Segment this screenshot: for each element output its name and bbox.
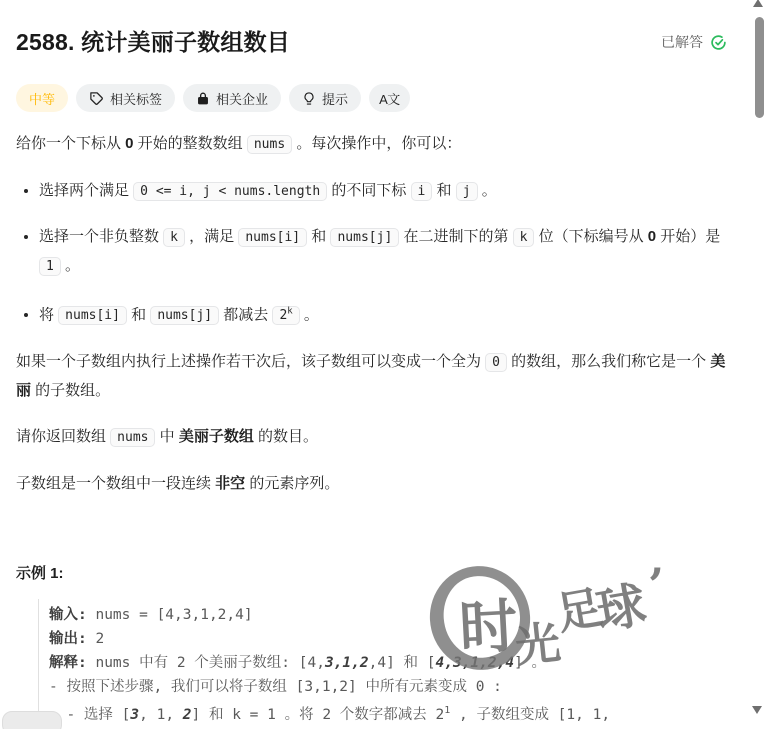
difficulty-badge[interactable]: 中等 — [16, 84, 68, 112]
lock-icon — [196, 91, 210, 106]
lightbulb-icon — [302, 91, 316, 106]
problem-header: 2588. 统计美丽子数组数目 已解答 — [16, 24, 739, 57]
problem-panel: 2588. 统计美丽子数组数目 已解答 中等 相关标签 — [0, 0, 765, 729]
horizontal-scrollbar-thumb[interactable] — [2, 711, 62, 729]
description-paragraph: 子数组是一个数组中一段连续 非空 的元素序列。 — [16, 470, 739, 498]
scrollbar-down-arrow[interactable] — [752, 706, 762, 714]
vertical-scrollbar-thumb[interactable] — [755, 17, 764, 118]
example-output-line: 输出: 2 — [49, 627, 739, 651]
check-circle-icon — [710, 34, 727, 51]
hint-button[interactable]: 提示 — [289, 84, 361, 112]
description-paragraph: 给你一个下标从 0 开始的整数数组 nums 。每次操作中，你可以： — [16, 130, 739, 159]
example-explanation-line: 解释: nums 中有 2 个美丽子数组: [4,3,1,2,4] 和 [4,3… — [49, 651, 739, 675]
related-topics-label: 相关标签 — [110, 89, 162, 108]
difficulty-label: 中等 — [29, 89, 55, 108]
description-paragraph: 请你返回数组 nums 中 美丽子数组 的数目。 — [16, 423, 739, 452]
hint-label: 提示 — [322, 89, 348, 108]
related-topics-button[interactable]: 相关标签 — [76, 84, 175, 112]
example-step-line: - 选择 [3, 1, 2] 和 k = 1 。将 2 个数字都减去 21 , … — [49, 699, 739, 727]
related-companies-label: 相关企业 — [216, 89, 268, 108]
description-paragraph: 如果一个子数组内执行上述操作若干次后，该子数组可以变成一个全为 0 的数组，那么… — [16, 348, 739, 405]
meta-pills-row: 中等 相关标签 相关企业 — [16, 84, 739, 112]
translate-icon: A文 — [379, 89, 400, 108]
list-item: 选择一个非负整数 k ，满足 nums[i] 和 nums[j] 在二进制下的第… — [39, 223, 739, 281]
list-item: 将 nums[i] 和 nums[j] 都减去 2k 。 — [39, 298, 739, 330]
related-companies-button[interactable]: 相关企业 — [183, 84, 281, 112]
problem-description: 给你一个下标从 0 开始的整数数组 nums 。每次操作中，你可以： 选择两个满… — [16, 130, 739, 498]
tag-icon — [89, 91, 104, 106]
scrollbar-up-arrow[interactable] — [753, 0, 763, 7]
page-title: 2588. 统计美丽子数组数目 — [16, 24, 290, 57]
solved-status-badge[interactable]: 已解答 — [661, 32, 727, 52]
example-1-code-block: 输入: nums = [4,3,1,2,4]输出: 2解释: nums 中有 2… — [38, 599, 739, 729]
example-step-line: - 按照下述步骤, 我们可以将子数组 [3,1,2] 中所有元素变成 0 : — [49, 675, 739, 699]
list-item: 选择两个满足 0 <= i, j < nums.length 的不同下标 i 和… — [39, 177, 739, 206]
solved-label: 已解答 — [661, 32, 703, 52]
translate-toggle-button[interactable]: A文 — [369, 84, 410, 112]
example-1-heading: 示例 1: — [16, 562, 739, 583]
example-input-line: 输入: nums = [4,3,1,2,4] — [49, 603, 739, 627]
operations-list: 选择两个满足 0 <= i, j < nums.length 的不同下标 i 和… — [16, 177, 739, 330]
